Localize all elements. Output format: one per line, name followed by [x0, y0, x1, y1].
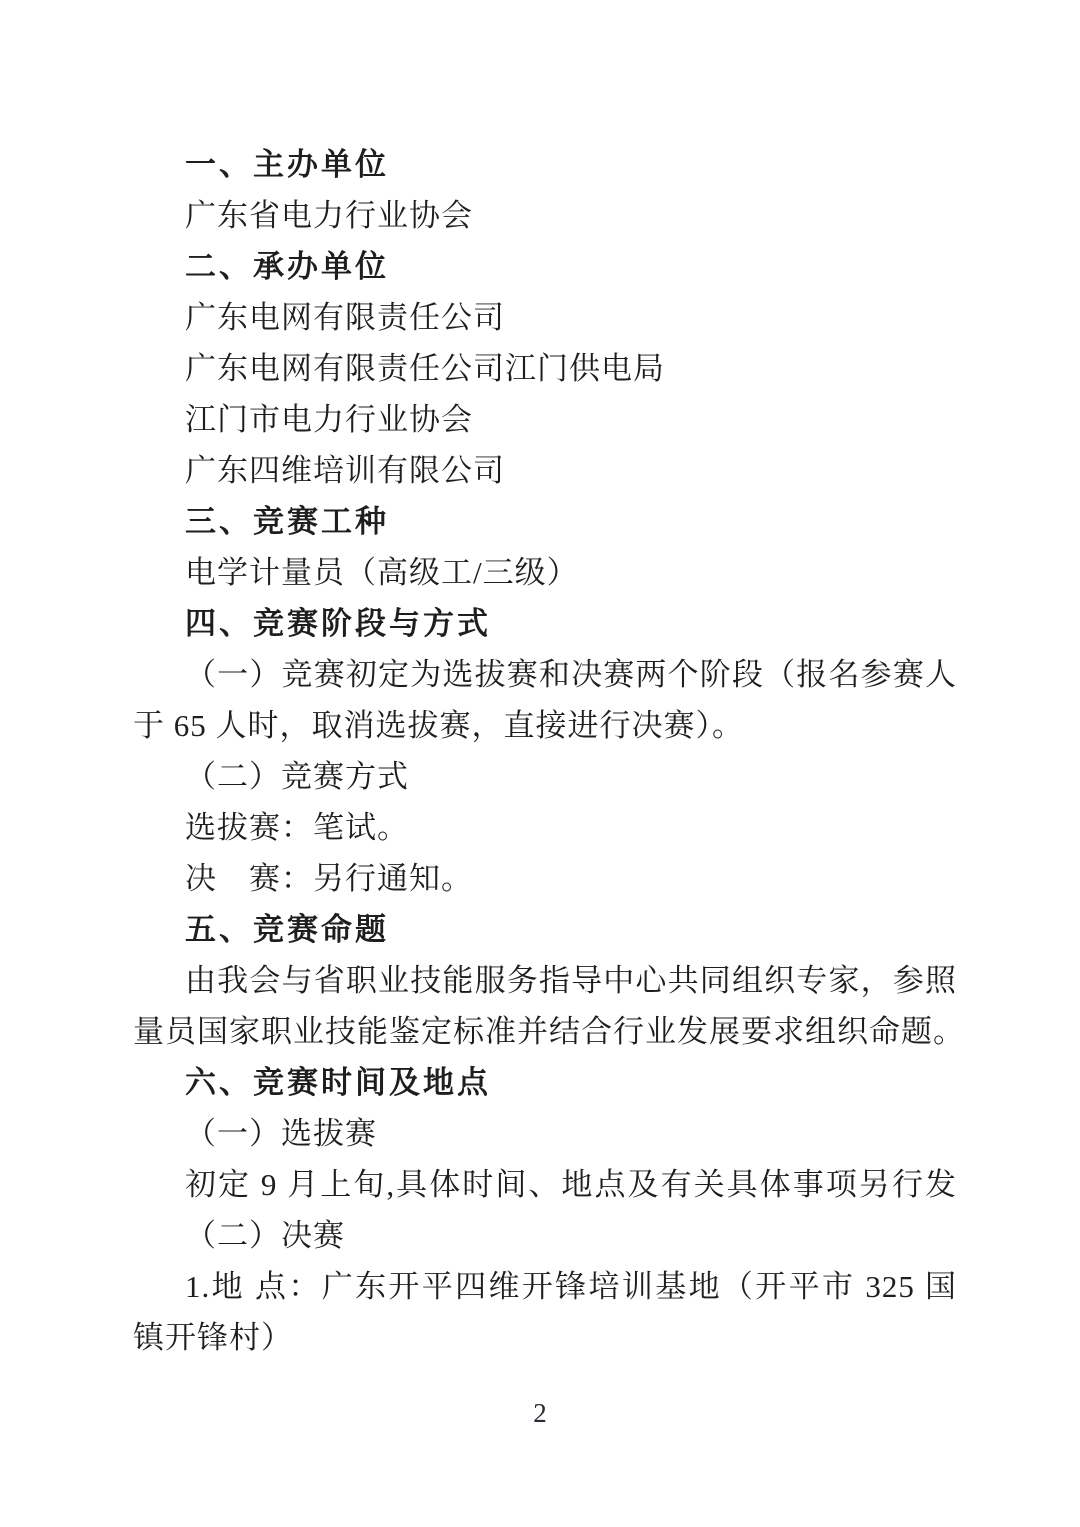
document-line: 广东电网有限责任公司	[133, 292, 957, 343]
document-line: 广东省电力行业协会	[133, 190, 957, 241]
document-line: 广东电网有限责任公司江门供电局	[133, 343, 957, 394]
section-heading: 二、承办单位	[133, 241, 957, 292]
document-page: 一、主办单位广东省电力行业协会二、承办单位广东电网有限责任公司广东电网有限责任公…	[0, 0, 1080, 1527]
document-line: 由我会与省职业技能服务指导中心共同组织专家，参照电学计	[133, 955, 957, 1006]
document-line: （一）竞赛初定为选拔赛和决赛两个阶段（报名参赛人数少	[133, 649, 957, 700]
document-line: 初定 9 月上旬,具体时间、地点及有关具体事项另行发文通知。	[133, 1159, 957, 1210]
document-line: （二）决赛	[133, 1210, 957, 1261]
document-line: 1.地 点：广东开平四维开锋培训基地（开平市 325 国道水口	[133, 1261, 957, 1312]
document-line: 选拔赛：笔试。	[133, 802, 957, 853]
document-line: 量员国家职业技能鉴定标准并结合行业发展要求组织命题。	[133, 1006, 957, 1057]
document-line: 江门市电力行业协会	[133, 394, 957, 445]
document-line: 于 65 人时，取消选拔赛，直接进行决赛）。	[133, 700, 957, 751]
page-number: 2	[0, 1398, 1080, 1429]
document-line: （二）竞赛方式	[133, 751, 957, 802]
document-line: 决 赛：另行通知。	[133, 853, 957, 904]
section-heading: 三、竞赛工种	[133, 496, 957, 547]
section-heading: 六、竞赛时间及地点	[133, 1057, 957, 1108]
document-line: （一）选拔赛	[133, 1108, 957, 1159]
document-line: 电学计量员（高级工/三级）	[133, 547, 957, 598]
document-line: 广东四维培训有限公司	[133, 445, 957, 496]
section-heading: 四、竞赛阶段与方式	[133, 598, 957, 649]
document-line: 镇开锋村）	[133, 1312, 957, 1363]
section-heading: 一、主办单位	[133, 139, 957, 190]
section-heading: 五、竞赛命题	[133, 904, 957, 955]
document-body: 一、主办单位广东省电力行业协会二、承办单位广东电网有限责任公司广东电网有限责任公…	[133, 139, 957, 1363]
